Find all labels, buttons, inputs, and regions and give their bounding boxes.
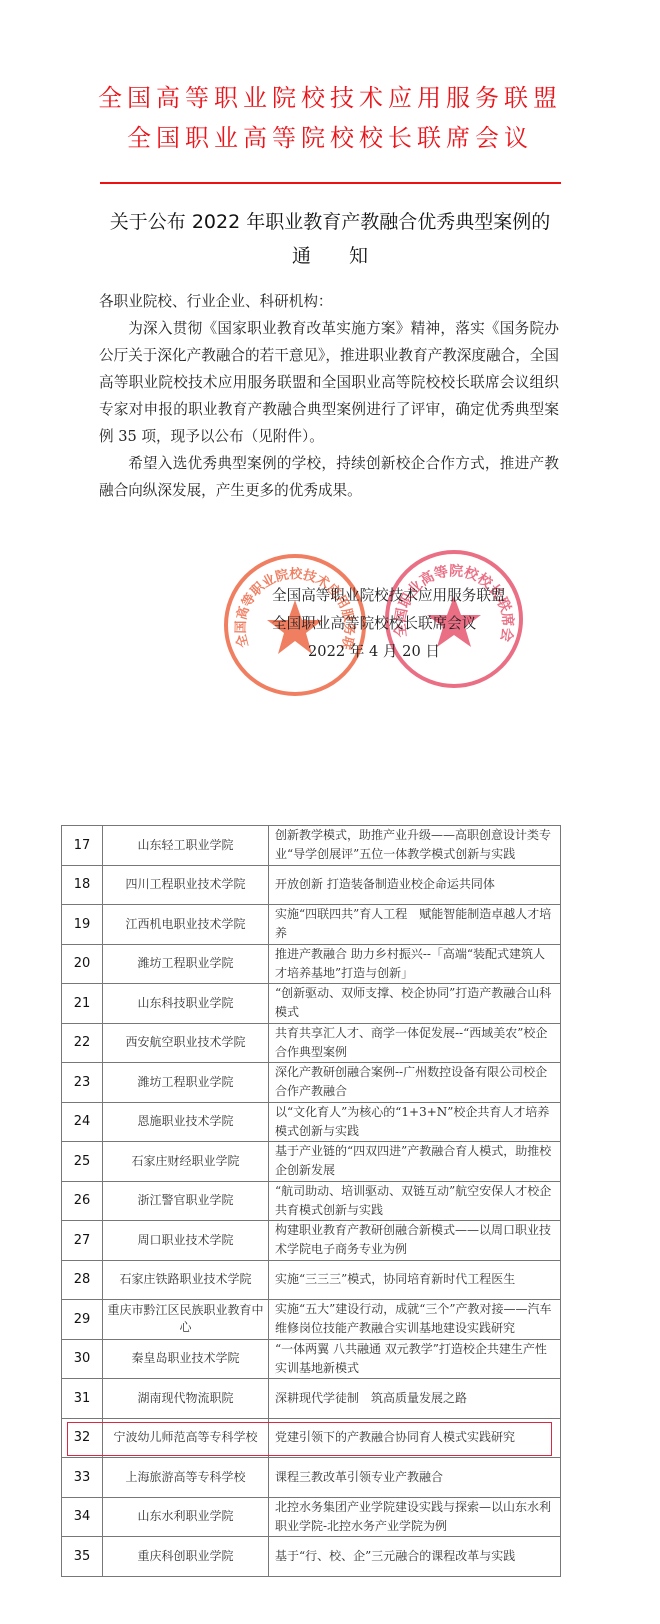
table-row: 35重庆科创职业学院基于“行、校、企”三元融合的课程改革与实践 [62,1537,561,1577]
notice-title-line-2: 通知 [0,239,660,273]
row-number: 23 [62,1063,103,1103]
row-number: 19 [62,905,103,945]
case-title: “航司助动、培训驱动、双链互动”航空安保人才校企共育模式创新与实践 [269,1181,561,1221]
letterhead-line-1: 全国高等职业院校技术应用服务联盟 [0,78,660,118]
signature-date: 2022 年 4 月 20 日 [272,638,572,666]
row-number: 17 [62,826,103,866]
table-row: 30秦皇岛职业技术学院“一体两翼 八共融通 双元教学”打造校企共建生产性实训基地… [62,1339,561,1379]
table-row: 18四川工程职业技术学院开放创新 打造装备制造业校企命运共同体 [62,865,561,905]
school-name: 石家庄铁路职业技术学院 [103,1260,269,1300]
school-name: 重庆市黔江区民族职业教育中心 [103,1300,269,1340]
case-title: 深耕现代学徒制 筑高质量发展之路 [269,1379,561,1419]
row-number: 30 [62,1339,103,1379]
case-title: 基于产业链的“四双四进”产教融合育人模式，助推校企创新发展 [269,1142,561,1182]
case-title: 党建引领下的产教融合协同育人模式实践研究 [269,1418,561,1458]
school-name: 山东水利职业学院 [103,1497,269,1537]
row-number: 22 [62,1023,103,1063]
case-title: 创新教学模式，助推产业升级——高职创意设计类专业“导学创展评”五位一体教学模式创… [269,826,561,866]
row-number: 33 [62,1458,103,1498]
paragraph-1: 为深入贯彻《国家职业教育改革实施方案》精神，落实《国务院办公厅关于深化产教融合的… [99,315,559,450]
school-name: 恩施职业技术学院 [103,1102,269,1142]
table-row: 29重庆市黔江区民族职业教育中心实施“五大”建设行动，成就“三个”产教对接——汽… [62,1300,561,1340]
table-row: 24恩施职业技术学院以“文化育人”为核心的“1+3+N”校企共育人才培养模式创新… [62,1102,561,1142]
case-title: 开放创新 打造装备制造业校企命运共同体 [269,865,561,905]
school-name: 山东轻工职业学院 [103,826,269,866]
row-number: 20 [62,944,103,984]
case-title: 实施“三三三”模式，协同培育新时代工程医生 [269,1260,561,1300]
case-title: “创新驱动、双师支撑、校企协同”打造产教融合山科模式 [269,984,561,1024]
case-title: 实施“四联四共”育人工程 赋能智能制造卓越人才培养 [269,905,561,945]
row-number: 34 [62,1497,103,1537]
school-name: 江西机电职业技术学院 [103,905,269,945]
school-name: 山东科技职业学院 [103,984,269,1024]
table-row: 25石家庄财经职业学院基于产业链的“四双四进”产教融合育人模式，助推校企创新发展 [62,1142,561,1182]
table-row: 19江西机电职业技术学院实施“四联四共”育人工程 赋能智能制造卓越人才培养 [62,905,561,945]
case-title: 北控水务集团产业学院建设实践与探索—以山东水利职业学院-北控水务产业学院为例 [269,1497,561,1537]
signature-org-2: 全国职业高等院校校长联席会议 [272,610,572,638]
case-title: 推进产教融合 助力乡村振兴--「高端“装配式建筑人才培养基地”打造与创新」 [269,944,561,984]
school-name: 西安航空职业技术学院 [103,1023,269,1063]
school-name: 四川工程职业技术学院 [103,865,269,905]
signature-org-1: 全国高等职业院校技术应用服务联盟 [272,582,572,610]
row-number: 24 [62,1102,103,1142]
school-name: 石家庄财经职业学院 [103,1142,269,1182]
school-name: 秦皇岛职业技术学院 [103,1339,269,1379]
school-name: 重庆科创职业学院 [103,1537,269,1577]
notice-title-line-1: 关于公布 2022 年职业教育产教融合优秀典型案例的 [0,205,660,239]
signature-block: 全国高等职业院校技术应用服务联盟 全国职业高等院校校长联席会议 2022 年 4… [272,582,572,666]
letterhead-divider [100,182,561,184]
table-row: 27周口职业技术学院构建职业教育产教研创融合新模式——以周口职业技术学院电子商务… [62,1221,561,1261]
row-number: 29 [62,1300,103,1340]
letterhead-line-2: 全国职业高等院校校长联席会议 [0,118,660,158]
letterhead: 全国高等职业院校技术应用服务联盟 全国职业高等院校校长联席会议 [0,78,660,158]
row-number: 25 [62,1142,103,1182]
notice-body: 各职业院校、行业企业、科研机构： 为深入贯彻《国家职业教育改革实施方案》精神，落… [99,288,559,504]
case-title: 课程三教改革引领专业产教融合 [269,1458,561,1498]
table-row: 21山东科技职业学院“创新驱动、双师支撑、校企协同”打造产教融合山科模式 [62,984,561,1024]
case-title: 基于“行、校、企”三元融合的课程改革与实践 [269,1537,561,1577]
salutation: 各职业院校、行业企业、科研机构： [99,288,559,315]
case-title: 共育共享汇人才、商学一体促发展--“西域美农”校企合作典型案例 [269,1023,561,1063]
row-number: 28 [62,1260,103,1300]
table-row: 31湖南现代物流职院深耕现代学徒制 筑高质量发展之路 [62,1379,561,1419]
school-name: 上海旅游高等专科学校 [103,1458,269,1498]
cases-table: 17山东轻工职业学院创新教学模式，助推产业升级——高职创意设计类专业“导学创展评… [61,825,561,1577]
case-title: “一体两翼 八共融通 双元教学”打造校企共建生产性实训基地新模式 [269,1339,561,1379]
table-row: 28石家庄铁路职业技术学院实施“三三三”模式，协同培育新时代工程医生 [62,1260,561,1300]
table-row: 34山东水利职业学院北控水务集团产业学院建设实践与探索—以山东水利职业学院-北控… [62,1497,561,1537]
school-name: 潍坊工程职业学院 [103,1063,269,1103]
row-number: 35 [62,1537,103,1577]
row-number: 32 [62,1418,103,1458]
cases-table-body: 17山东轻工职业学院创新教学模式，助推产业升级——高职创意设计类专业“导学创展评… [62,826,561,1577]
school-name: 周口职业技术学院 [103,1221,269,1261]
table-row: 20潍坊工程职业学院推进产教融合 助力乡村振兴--「高端“装配式建筑人才培养基地… [62,944,561,984]
school-name: 宁波幼儿师范高等专科学校 [103,1418,269,1458]
case-title: 实施“五大”建设行动，成就“三个”产教对接——汽车维修岗位技能产教融合实训基地建… [269,1300,561,1340]
notice-title: 关于公布 2022 年职业教育产教融合优秀典型案例的 通知 [0,205,660,273]
row-number: 27 [62,1221,103,1261]
table-row: 17山东轻工职业学院创新教学模式，助推产业升级——高职创意设计类专业“导学创展评… [62,826,561,866]
table-row: 23潍坊工程职业学院深化产教研创融合案例--广州数控设备有限公司校企合作产教融合 [62,1063,561,1103]
table-row: 26浙江警官职业学院“航司助动、培训驱动、双链互动”航空安保人才校企共育模式创新… [62,1181,561,1221]
row-number: 26 [62,1181,103,1221]
row-number: 18 [62,865,103,905]
table-row: 33上海旅游高等专科学校课程三教改革引领专业产教融合 [62,1458,561,1498]
row-number: 21 [62,984,103,1024]
school-name: 湖南现代物流职院 [103,1379,269,1419]
table-row: 22西安航空职业技术学院共育共享汇人才、商学一体促发展--“西域美农”校企合作典… [62,1023,561,1063]
table-row: 32宁波幼儿师范高等专科学校党建引领下的产教融合协同育人模式实践研究 [62,1418,561,1458]
paragraph-2: 希望入选优秀典型案例的学校，持续创新校企合作方式，推进产教融合向纵深发展，产生更… [99,450,559,504]
school-name: 浙江警官职业学院 [103,1181,269,1221]
case-title: 构建职业教育产教研创融合新模式——以周口职业技术学院电子商务专业为例 [269,1221,561,1261]
case-title: 以“文化育人”为核心的“1+3+N”校企共育人才培养模式创新与实践 [269,1102,561,1142]
school-name: 潍坊工程职业学院 [103,944,269,984]
case-title: 深化产教研创融合案例--广州数控设备有限公司校企合作产教融合 [269,1063,561,1103]
row-number: 31 [62,1379,103,1419]
